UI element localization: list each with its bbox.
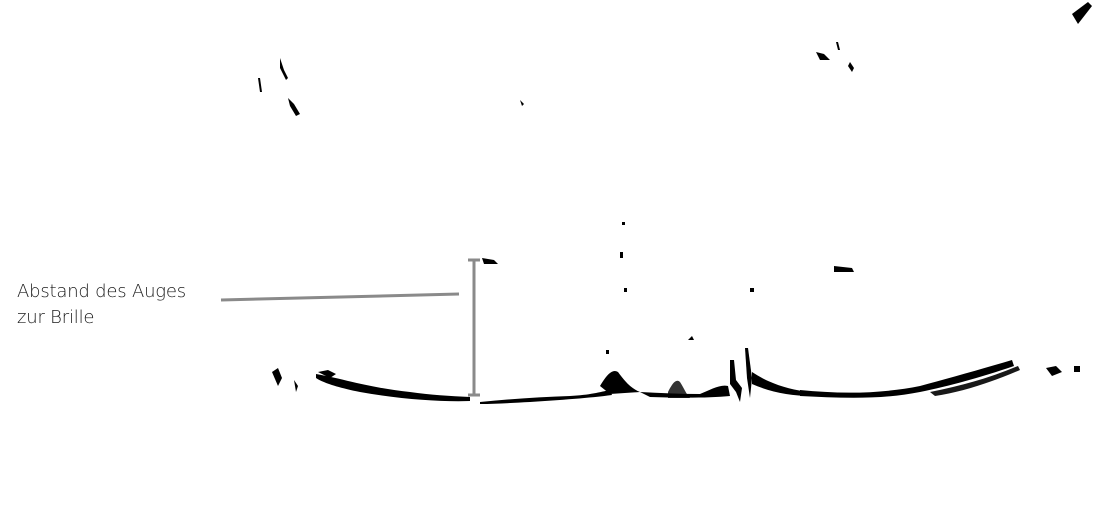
distance-label: Abstand des Auges zur Brille (17, 279, 186, 331)
label-line-1: Abstand des Auges (17, 279, 186, 305)
eye-lid-sketch (258, 2, 1092, 404)
measurement-bracket (221, 260, 480, 395)
leader-line (221, 294, 459, 300)
label-line-2: zur Brille (17, 305, 186, 331)
sketch-canvas (0, 0, 1100, 514)
